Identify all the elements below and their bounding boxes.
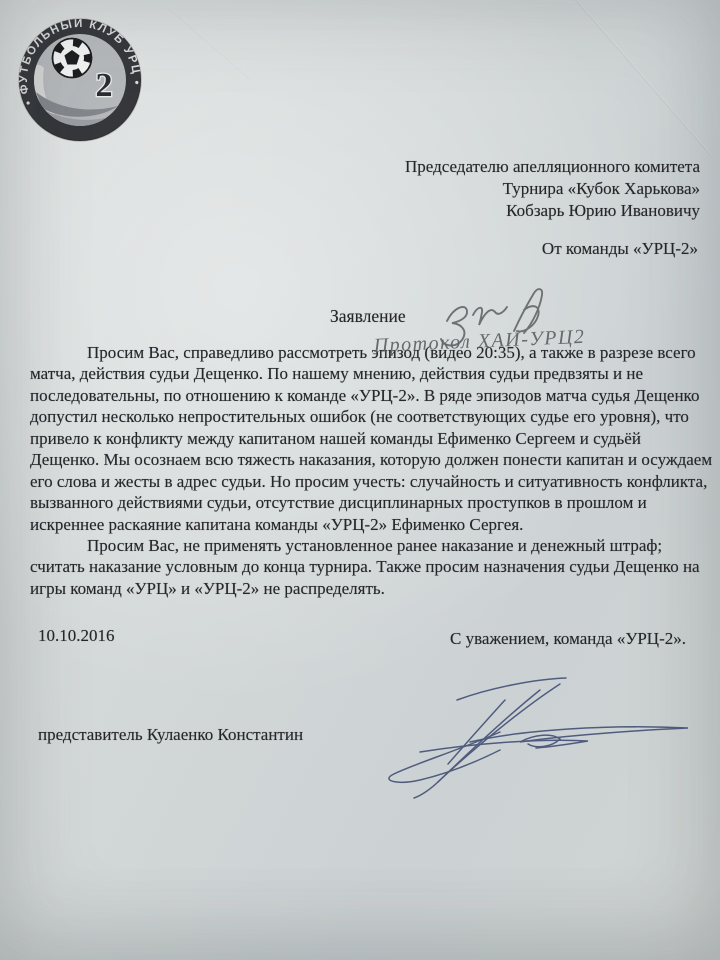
soccer-ball-icon [53, 39, 92, 78]
body-line: вызванного действиями судьи, отсутствие … [30, 492, 712, 513]
paper-crease [546, 0, 712, 156]
body-line: Просим Вас, справедливо рассмотреть эпиз… [30, 342, 712, 363]
football-club-stamp: 2 • ФУТБОЛЬНЫЙ КЛУБ УРЦ • [16, 16, 144, 144]
representative-label: представитель Кулаенко Константин [38, 725, 303, 745]
body-line: Просим Вас, не применять установленное р… [30, 535, 712, 556]
body-text: Просим Вас, справедливо рассмотреть эпиз… [30, 342, 712, 599]
body-line: Дещенко. Мы осознаем всю тяжесть наказан… [30, 449, 712, 470]
body-line: его слова и жесты в адрес судьи. Но прос… [30, 471, 712, 492]
body-line: игры команд «УРЦ» и «УРЦ-2» не распредел… [30, 578, 712, 599]
body-line: привело к конфликту между капитаном наше… [30, 428, 712, 449]
document-title: Заявление [330, 306, 406, 327]
body-line: матча, действия судьи Дещенко. По нашему… [30, 363, 712, 384]
body-line: искреннее раскаяние капитана команды «УР… [30, 514, 712, 535]
body-line: считать наказание условным до конца турн… [30, 556, 712, 577]
addressee-block: Председателю апелляционного комитета Тур… [380, 156, 700, 260]
body-line: допустил несколько непростительных ошибо… [30, 406, 712, 427]
pencil-scribble [441, 289, 542, 345]
from-line: От команды «УРЦ-2» [380, 238, 700, 260]
closing-label: С уважением, команда «УРЦ-2». [450, 629, 686, 649]
signature-scribble [389, 678, 688, 798]
body-line: последовательны, по отношению к команде … [30, 385, 712, 406]
paper-crease [167, 6, 251, 80]
stamp-number: 2 [96, 67, 113, 104]
addressee-line: Председателю апелляционного комитета [380, 156, 700, 178]
addressee-line: Турнира «Кубок Харькова» [380, 178, 700, 200]
date-label: 10.10.2016 [38, 626, 115, 646]
addressee-line: Кобзарь Юрию Ивановичу [380, 200, 700, 222]
photographed-document: 2 • ФУТБОЛЬНЫЙ КЛУБ УРЦ • Председателю а… [0, 0, 720, 960]
